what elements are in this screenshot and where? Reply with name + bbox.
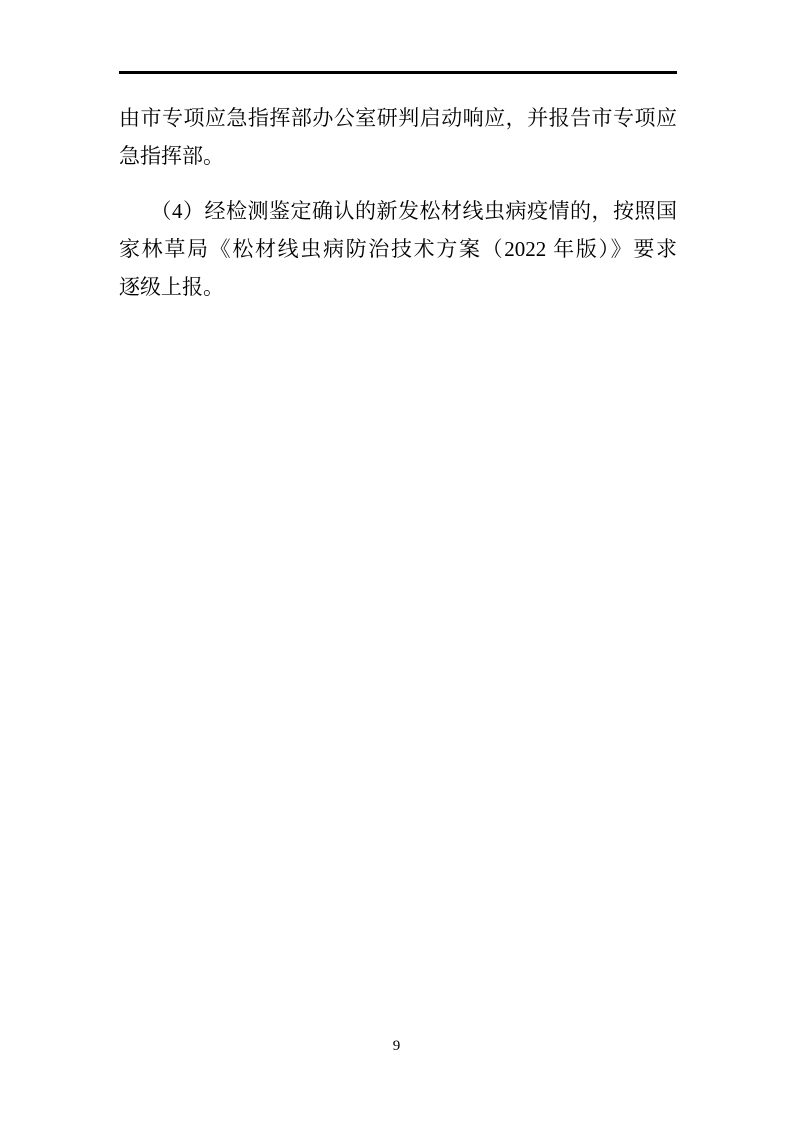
document-page: 由市专项应急指挥部办公室研判启动响应，并报告市专项应 急指挥部。 （4）经检测鉴…	[0, 0, 793, 1122]
paragraph-1-line-1: 由市专项应急指挥部办公室研判启动响应，并报告市专项应	[119, 99, 677, 137]
paragraph-1: 由市专项应急指挥部办公室研判启动响应，并报告市专项应 急指挥部。	[119, 99, 677, 175]
header-divider-rule	[119, 71, 677, 74]
paragraph-1-line-2: 急指挥部。	[119, 137, 677, 175]
paragraph-2-line-1: （4）经检测鉴定确认的新发松材线虫病疫情的，按照国	[119, 192, 677, 230]
paragraph-2: （4）经检测鉴定确认的新发松材线虫病疫情的，按照国 家林草局《松材线虫病防治技术…	[119, 192, 677, 306]
body-text: 由市专项应急指挥部办公室研判启动响应，并报告市专项应 急指挥部。 （4）经检测鉴…	[119, 99, 677, 306]
page-number: 9	[0, 1038, 793, 1055]
paragraph-2-line-3: 逐级上报。	[119, 268, 677, 306]
paragraph-2-line-2: 家林草局《松材线虫病防治技术方案（2022 年版）》要求	[119, 230, 677, 268]
